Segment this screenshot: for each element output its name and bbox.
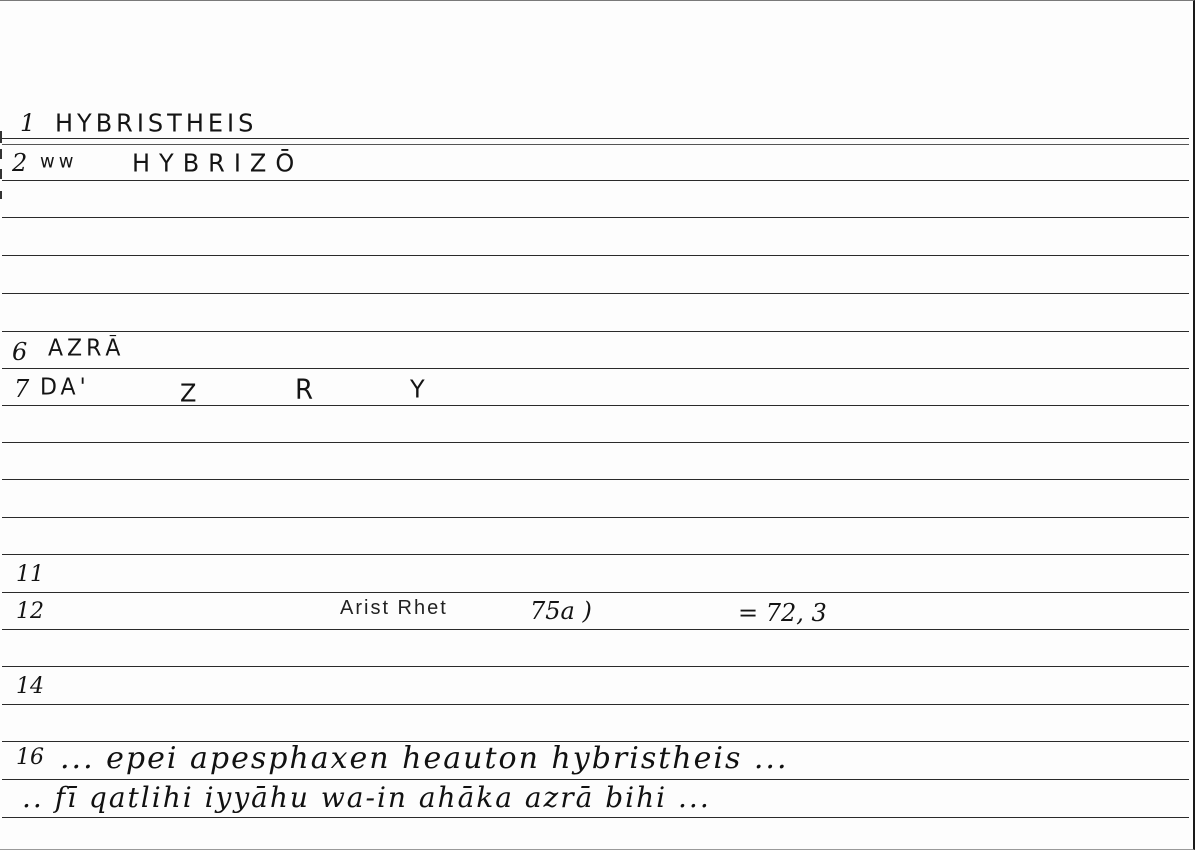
rule-line: [2, 368, 1189, 369]
rule-line: [2, 704, 1189, 705]
rule-line: [2, 554, 1189, 555]
arabic-lemma: AZRĀ: [48, 335, 124, 361]
rule-line: [2, 666, 1189, 667]
edge-mark: [0, 191, 2, 199]
rule-line: [2, 144, 1189, 145]
rule-line: [2, 331, 1189, 332]
rule-line: [2, 255, 1189, 256]
line-number: 16: [16, 745, 44, 770]
cross-reference: = 72, 3: [738, 599, 827, 627]
line-prefix: DA': [40, 374, 90, 400]
line-number: 6: [12, 338, 27, 366]
rule-line: [2, 180, 1189, 181]
root-letter: Y: [410, 374, 429, 403]
rule-line: [2, 217, 1189, 218]
rule-line: [2, 592, 1189, 593]
edge-mark: [0, 149, 2, 159]
arabic-translation: .. fī qatlihi iyyāhu wa-in ahāka azrā bi…: [22, 781, 711, 814]
greek-quotation: ... epei apesphaxen heauton hybristheis …: [60, 741, 789, 776]
rule-line: [2, 629, 1189, 630]
line-number: 12: [16, 599, 44, 624]
rule-line: [2, 479, 1189, 480]
rule-line: [2, 442, 1189, 443]
root-letter: R: [295, 374, 317, 406]
line-number: 1: [20, 109, 35, 137]
rule-line: [2, 138, 1189, 139]
line-number: 14: [16, 674, 44, 699]
edge-mark: [0, 169, 2, 179]
source-abbrev: Arist Rhet: [340, 597, 448, 620]
headword: HYBRISTHEIS: [55, 108, 257, 137]
rule-line: [2, 517, 1189, 518]
root-letter: Z: [180, 378, 200, 407]
line-number: 11: [16, 562, 44, 587]
index-card: 1 HYBRISTHEIS 2 ww HYBRIZŌ 6 AZRĀ 7 DA' …: [0, 0, 1195, 850]
line-number: 7: [14, 375, 29, 403]
edge-mark: [0, 131, 2, 143]
rule-line: [2, 779, 1189, 780]
rule-line: [2, 293, 1189, 294]
rule-line: [2, 817, 1189, 818]
line-number: 2: [12, 149, 27, 177]
source-locus: 75a ): [530, 597, 592, 625]
greek-lemma: HYBRIZŌ: [132, 148, 303, 177]
line-prefix: ww: [40, 150, 77, 172]
